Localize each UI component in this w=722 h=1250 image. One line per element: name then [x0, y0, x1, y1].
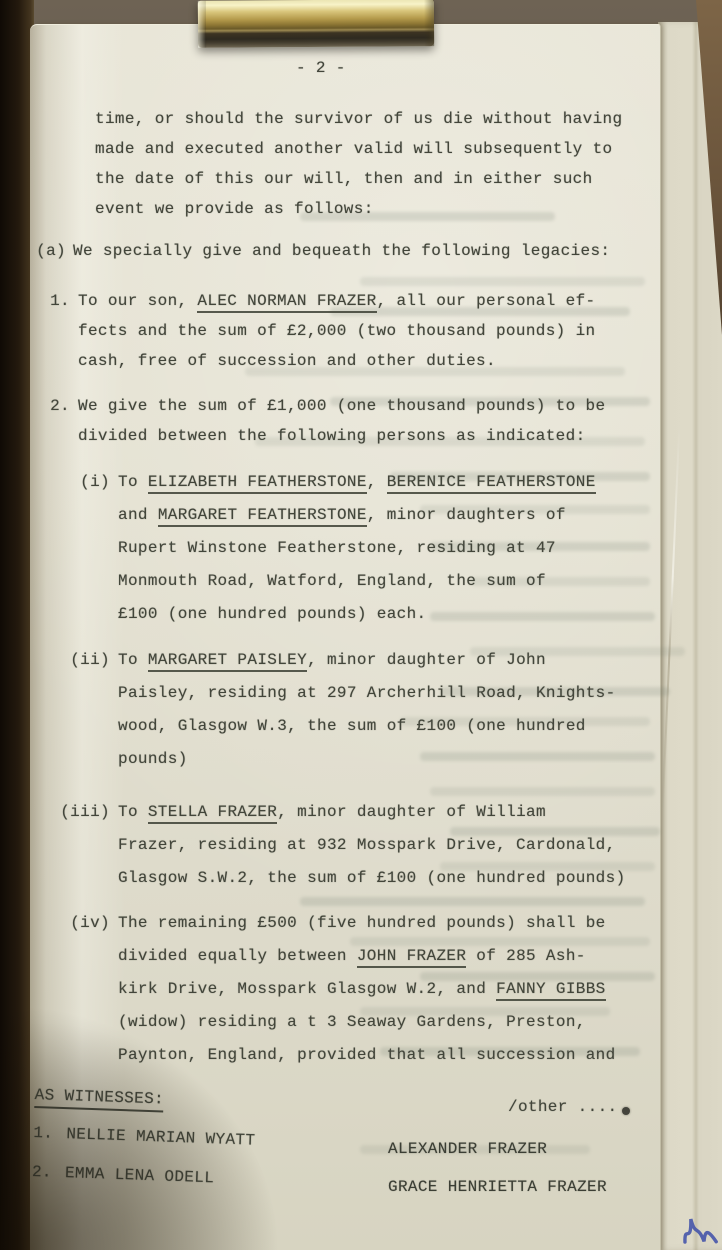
witnesses-block: AS WITNESSES: 1.NELLIE MARIAN WYATT2.EMM… — [32, 1086, 257, 1194]
list-marker: (iii) — [30, 796, 110, 829]
document-content: - 2 - time, or should the survivor of us… — [30, 25, 660, 1250]
text-line: To ELIZABETH FEATHERSTONE, BERENICE FEAT… — [118, 466, 660, 499]
witness-label: 1. — [33, 1119, 67, 1148]
text-line: wood, Glasgow W.3, the sum of £100 (one … — [118, 710, 660, 743]
will-paragraph-legacy-2: 2.We give the sum of £1,000 (one thousan… — [30, 391, 660, 451]
text-run: cash, free of succession and other dutie… — [78, 352, 496, 370]
list-marker: 2. — [30, 391, 70, 421]
text-run: , all our personal ef- — [377, 292, 596, 310]
text-line: £100 (one hundred pounds) each. — [118, 598, 660, 631]
will-paragraph-clause-a: (a)We specially give and bequeath the fo… — [30, 236, 660, 266]
text-line: fects and the sum of £2,000 (two thousan… — [78, 316, 660, 346]
text-line: We specially give and bequeath the follo… — [73, 236, 660, 266]
witness-list: 1.NELLIE MARIAN WYATT2.EMMA LENA ODELL — [32, 1119, 256, 1194]
underlined-name: JOHN FRAZER — [357, 947, 466, 968]
text-run: pounds) — [118, 750, 188, 768]
text-run: We give the sum of £1,000 (one thousand … — [78, 397, 605, 415]
text-run: fects and the sum of £2,000 (two thousan… — [78, 322, 595, 340]
underlined-name: ELIZABETH FEATHERSTONE — [148, 473, 367, 494]
will-paragraph-sub-i: (i)To ELIZABETH FEATHERSTONE, BERENICE F… — [30, 466, 660, 631]
text-run: divided between the following persons as… — [78, 427, 586, 445]
will-clauses: time, or should the survivor of us die w… — [30, 104, 660, 1072]
witness-name: EMMA LENA ODELL — [65, 1164, 215, 1187]
text-line: time, or should the survivor of us die w… — [95, 104, 660, 134]
underlined-name: STELLA FRAZER — [148, 803, 277, 824]
list-marker: (ii) — [30, 644, 110, 677]
underlined-name: FANNY GIBBS — [496, 980, 605, 1001]
signature-name: ALEXANDER FRAZER — [388, 1130, 607, 1168]
list-marker: (iv) — [30, 907, 110, 940]
list-marker: (a) — [30, 236, 66, 266]
attestation-footer: AS WITNESSES: 1.NELLIE MARIAN WYATT2.EMM… — [30, 1086, 660, 1250]
text-line: To MARGARET PAISLEY, minor daughter of J… — [118, 644, 660, 677]
witness-label: 2. — [32, 1158, 66, 1187]
text-line: cash, free of succession and other dutie… — [78, 346, 660, 376]
will-paragraph-legacy-1: 1.To our son, ALEC NORMAN FRAZER, all ou… — [30, 286, 660, 376]
text-run: wood, Glasgow W.3, the sum of £100 (one … — [118, 717, 586, 735]
text-line: pounds) — [118, 743, 660, 776]
text-line: divided equally between JOHN FRAZER of 2… — [118, 940, 660, 973]
text-run: Paisley, residing at 297 Archerhill Road… — [118, 684, 616, 702]
underlined-name: MARGARET PAISLEY — [148, 651, 307, 672]
text-line: The remaining £500 (five hundred pounds)… — [118, 907, 660, 940]
text-run: of 285 Ash- — [466, 947, 585, 965]
hole-dot — [622, 1107, 630, 1115]
text-line: Paisley, residing at 297 Archerhill Road… — [118, 677, 660, 710]
text-run: To our son, — [78, 292, 197, 310]
text-run: the date of this our will, then and in e… — [95, 170, 593, 188]
text-run: Monmouth Road, Watford, England, the sum… — [118, 572, 546, 590]
text-line: (widow) residing a t 3 Seaway Gardens, P… — [118, 1006, 660, 1039]
text-line: Rupert Winstone Featherstone, residing a… — [118, 532, 660, 565]
list-marker: (i) — [30, 466, 110, 499]
text-run: The remaining £500 (five hundred pounds)… — [118, 914, 606, 932]
text-run: divided equally between — [118, 947, 357, 965]
witnesses-heading: AS WITNESSES: — [34, 1086, 164, 1113]
text-line: Monmouth Road, Watford, England, the sum… — [118, 565, 660, 598]
signatures-block: ALEXANDER FRAZERGRACE HENRIETTA FRAZER — [388, 1130, 607, 1206]
text-line: To STELLA FRAZER, minor daughter of Will… — [118, 796, 660, 829]
text-run: (widow) residing a t 3 Seaway Gardens, P… — [118, 1013, 586, 1031]
page-crease — [661, 422, 680, 812]
witness-name: NELLIE MARIAN WYATT — [66, 1125, 256, 1150]
will-paragraph-sub-iv: (iv)The remaining £500 (five hundred pou… — [30, 907, 660, 1072]
binder-clip — [198, 0, 434, 48]
page-number: - 2 - — [296, 53, 356, 83]
text-run: Glasgow S.W.2, the sum of £100 (one hund… — [118, 869, 626, 887]
underlined-name: MARGARET FEATHERSTONE — [158, 506, 367, 527]
text-line: We give the sum of £1,000 (one thousand … — [78, 391, 660, 421]
text-run: To — [118, 651, 148, 669]
book-spine — [0, 0, 34, 1250]
text-line: event we provide as follows: — [95, 194, 660, 224]
text-run: event we provide as follows: — [95, 200, 374, 218]
text-run: made and executed another valid will sub… — [95, 140, 612, 158]
signature-name: GRACE HENRIETTA FRAZER — [388, 1168, 607, 1206]
underlined-name: BERENICE FEATHERSTONE — [387, 473, 596, 494]
text-run: We specially give and bequeath the follo… — [73, 242, 610, 260]
document-page: - 2 - time, or should the survivor of us… — [30, 24, 661, 1250]
text-run: , minor daughter of John — [307, 651, 546, 669]
text-line: divided between the following persons as… — [78, 421, 660, 451]
text-run: and — [118, 506, 158, 524]
text-run: , — [367, 473, 387, 491]
will-paragraph-sub-ii: (ii)To MARGARET PAISLEY, minor daughter … — [30, 644, 660, 776]
text-line: Frazer, residing at 932 Mosspark Drive, … — [118, 829, 660, 862]
text-line: and MARGARET FEATHERSTONE, minor daughte… — [118, 499, 660, 532]
underlined-name: ALEC NORMAN FRAZER — [197, 292, 376, 313]
ink-scribble — [675, 1201, 722, 1250]
text-line: Glasgow S.W.2, the sum of £100 (one hund… — [118, 862, 660, 895]
text-run: Frazer, residing at 932 Mosspark Drive, … — [118, 836, 616, 854]
will-paragraph-intro: time, or should the survivor of us die w… — [30, 104, 660, 224]
text-run: £100 (one hundred pounds) each. — [118, 605, 427, 623]
text-run: time, or should the survivor of us die w… — [95, 110, 622, 128]
continuation-mark: /other .... — [508, 1098, 617, 1116]
witness-item: 2.EMMA LENA ODELL — [32, 1158, 255, 1194]
text-run: Paynton, England, provided that all succ… — [118, 1046, 616, 1064]
text-line: made and executed another valid will sub… — [95, 134, 660, 164]
photo-background: - 2 - time, or should the survivor of us… — [0, 0, 722, 1250]
text-run: To — [118, 803, 148, 821]
text-run: kirk Drive, Mosspark Glasgow W.2, and — [118, 980, 496, 998]
text-run: , minor daughter of William — [277, 803, 546, 821]
text-line: Paynton, England, provided that all succ… — [118, 1039, 660, 1072]
text-line: To our son, ALEC NORMAN FRAZER, all our … — [78, 286, 660, 316]
text-line: the date of this our will, then and in e… — [95, 164, 660, 194]
text-line: kirk Drive, Mosspark Glasgow W.2, and FA… — [118, 973, 660, 1006]
list-marker: 1. — [30, 286, 70, 316]
text-run: Rupert Winstone Featherstone, residing a… — [118, 539, 556, 557]
text-run: To — [118, 473, 148, 491]
witness-item: 1.NELLIE MARIAN WYATT — [33, 1119, 256, 1155]
will-paragraph-sub-iii: (iii)To STELLA FRAZER, minor daughter of… — [30, 796, 660, 895]
text-run: , minor daughters of — [367, 506, 566, 524]
